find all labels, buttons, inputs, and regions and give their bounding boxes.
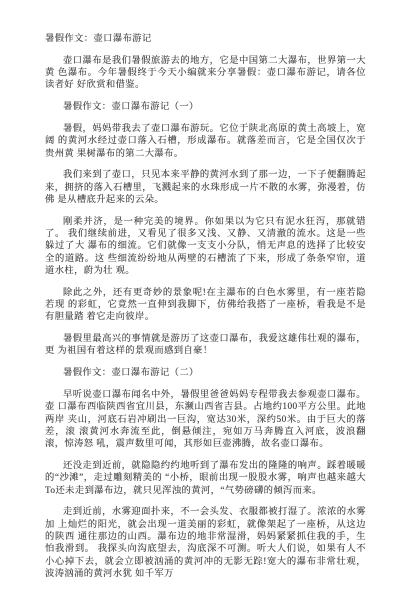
paragraph: 走到近前，水雾迎面扑来，不一会头发、衣服都被打湿了。浓浓的水雾加 上灿烂的阳光，… <box>45 506 366 580</box>
paragraph: 早听说壶口瀑布闻名中外，暑假里爸爸妈妈专程带我去参观壶口瀑布。壶 口瀑布西临陕西… <box>45 389 366 450</box>
paragraph: 我们来到了壶口，只见本来平静的黄河水到了那一边，一下子便翻腾起 来，拥挤的落入石… <box>45 169 366 206</box>
document-page: 暑假作文：壶口瀑布游记 壶口瀑布是我们暑假旅游去的地方，它是中国第二大瀑布，世界… <box>0 0 406 600</box>
paragraph: 刚柔并济，是一种完美的境界。你如果以为它只有泥水狂泻，那就错了。 我们继续前进，… <box>45 216 366 277</box>
paragraph: 除此之外，还有更奇妙的景象呢!在主瀑布的白色水雾里，有一座若隐若现 的彩虹，它竟… <box>45 287 366 324</box>
document-title: 暑假作文：壶口瀑布游记 <box>45 33 366 45</box>
paragraph: 壶口瀑布是我们暑假旅游去的地方，它是中国第二大瀑布，世界第一大黄 色瀑布。今年暑… <box>45 55 366 92</box>
section-heading: 暑假作文：壶口瀑布游记（一） <box>45 101 366 113</box>
section-heading: 暑假作文：壶口瀑布游记（二） <box>45 367 366 379</box>
paragraph: 还没走到近前，就隐隐约约地听到了瀑布发出的隆隆的响声。踩着暖暖 的“沙滩”，走过… <box>45 460 366 497</box>
paragraph: 暑假里最高兴的事情就是游历了这壶口瀑布，我爱这雄伟壮观的瀑布，更 为祖国有着这样… <box>45 333 366 358</box>
paragraph: 暑假，妈妈带我去了壶口瀑布游玩。它位于陕北高原的黄土高坡上，宽阔 的黄河水经过壶… <box>45 123 366 160</box>
